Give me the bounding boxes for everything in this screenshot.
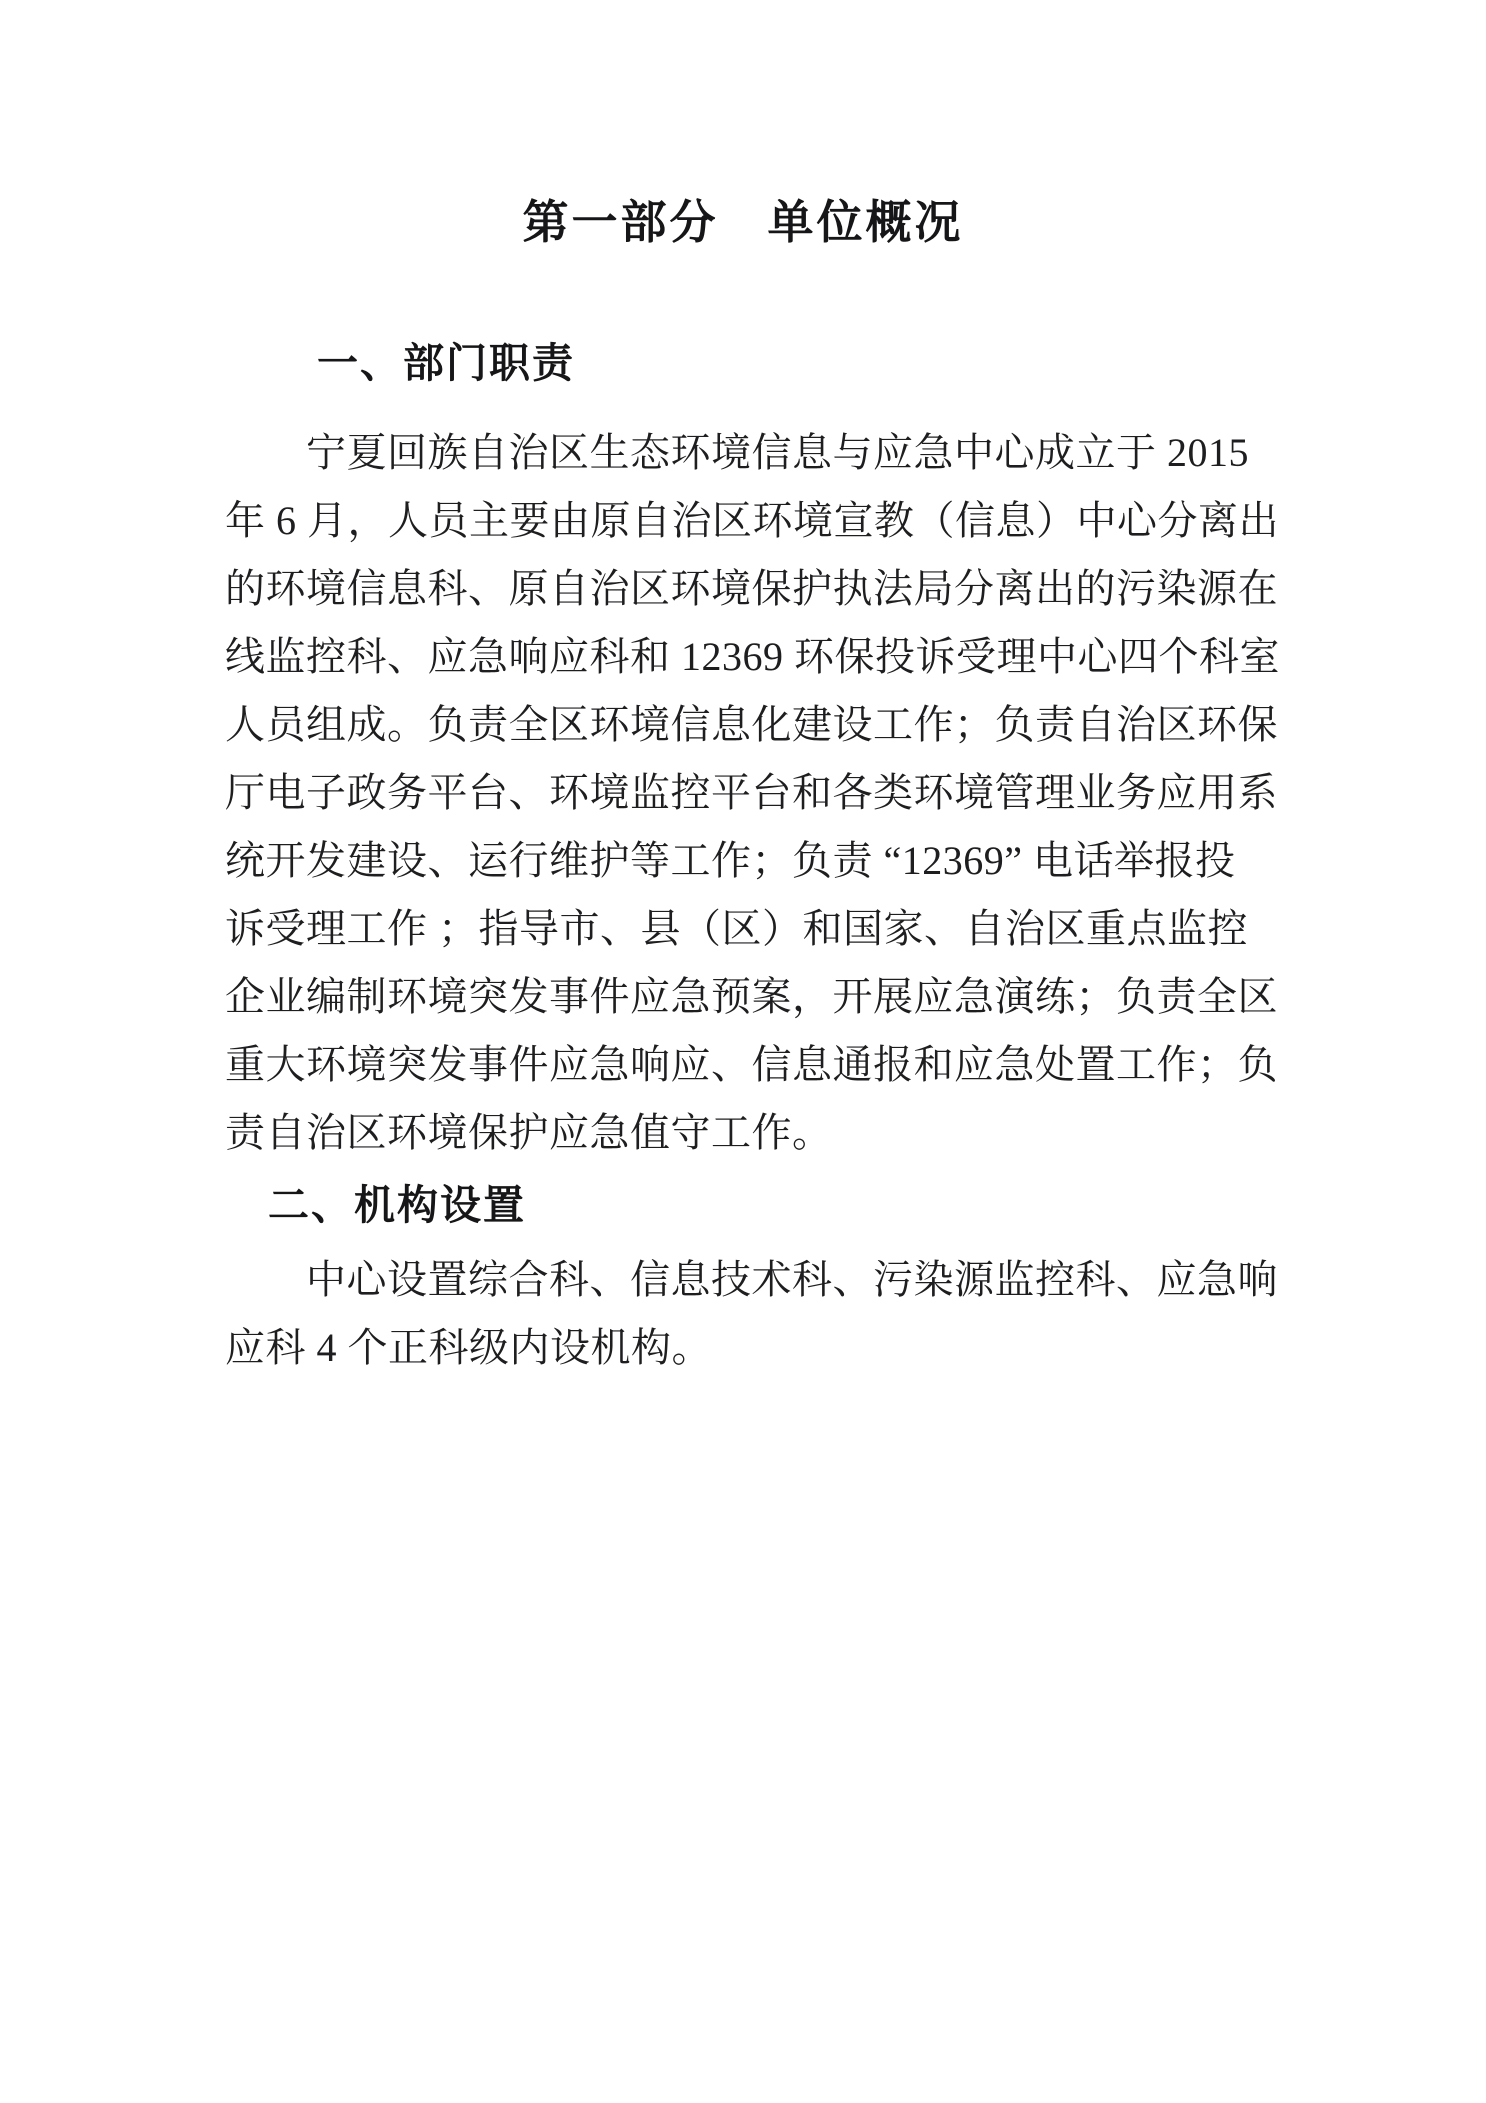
document-content: 一、部门职责 宁夏回族自治区生态环境信息与应急中心成立于 2015 年 6 月，…	[0, 338, 1486, 1382]
section-heading-department-duties: 一、部门职责	[317, 338, 1346, 388]
document-page: 第一部分 单位概况 一、部门职责 宁夏回族自治区生态环境信息与应急中心成立于 2…	[0, 0, 1486, 2103]
paragraph-organization-setup: 中心设置综合科、信息技术科、污染源监控科、应急响 应科 4 个正科级内设机构。	[225, 1246, 1347, 1382]
page-title: 第一部分 单位概况	[0, 0, 1486, 252]
paragraph-department-duties: 宁夏回族自治区生态环境信息与应急中心成立于 2015 年 6 月，人员主要由原自…	[225, 419, 1347, 1167]
section-heading-organization-setup: 二、机构设置	[268, 1180, 1346, 1230]
